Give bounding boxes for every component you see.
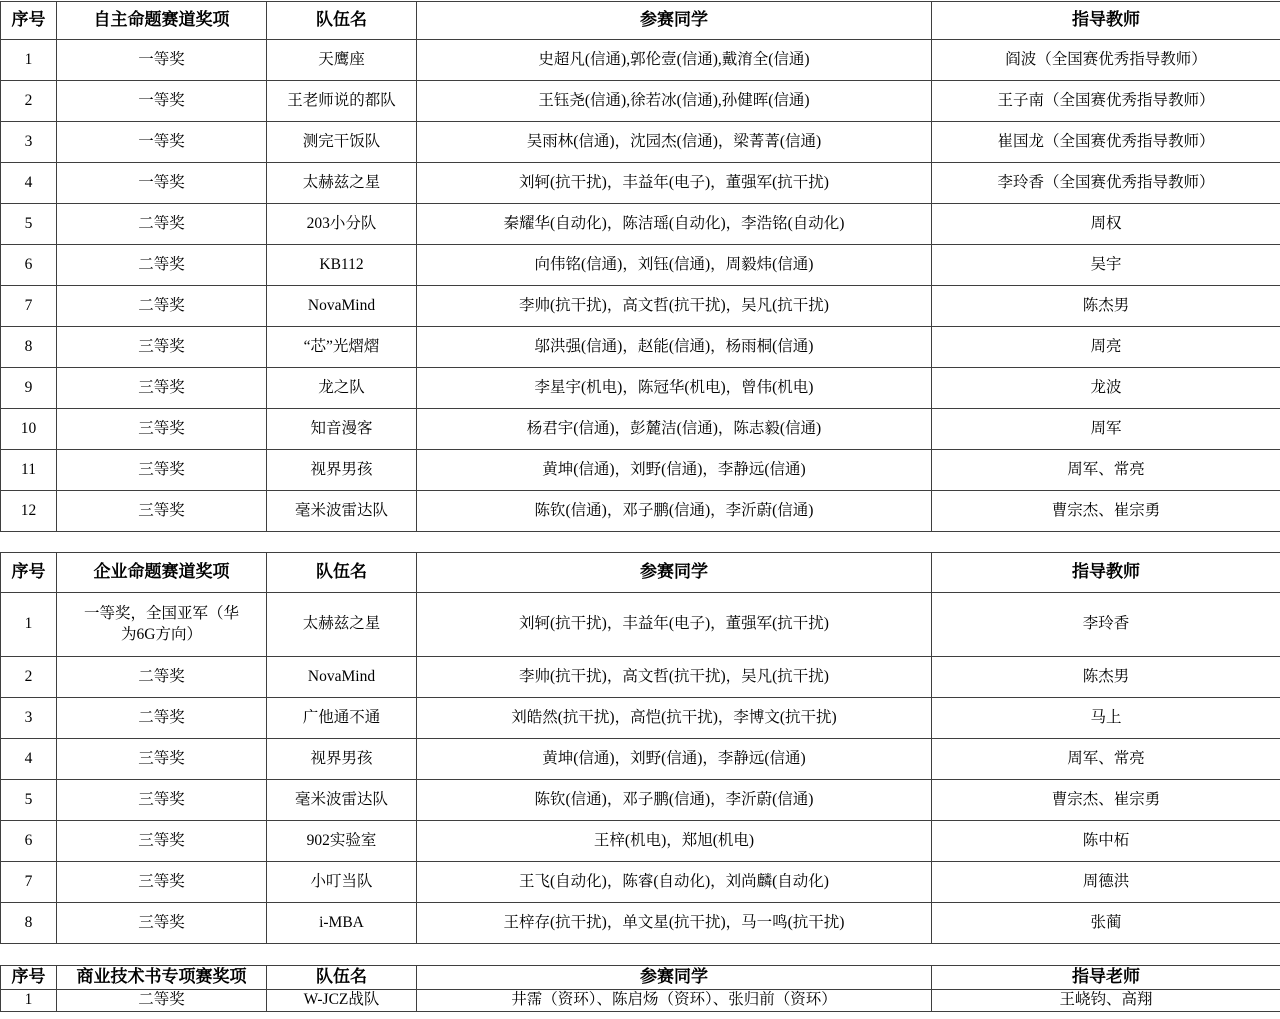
- cell-team-name: 视界男孩: [267, 739, 417, 780]
- table-row: 2二等奖NovaMind李帅(抗干扰)，高文哲(抗干扰)，吴凡(抗干扰)陈杰男: [1, 657, 1280, 698]
- cell-award: 三等奖: [57, 780, 267, 821]
- cell-participants: 黄坤(信通)，刘野(信通)，李静远(信通): [417, 450, 932, 491]
- cell-participants: 向伟铭(信通)，刘钰(信通)，周毅炜(信通): [417, 245, 932, 286]
- cell-team-name: 视界男孩: [267, 450, 417, 491]
- cell-serial-number: 10: [1, 409, 57, 450]
- cell-serial-number: 1: [1, 40, 57, 81]
- cell-team-name: 测完干饭队: [267, 122, 417, 163]
- cell-advisors: 陈中柘: [932, 821, 1280, 862]
- cell-team-name: “芯”光熠熠: [267, 327, 417, 368]
- cell-award: 一等奖: [57, 122, 267, 163]
- cell-award: 三等奖: [57, 821, 267, 862]
- cell-team-name: 广他通不通: [267, 698, 417, 739]
- cell-team-name: 龙之队: [267, 368, 417, 409]
- table-row: 8三等奖“芯”光熠熠邬洪强(信通)，赵能(信通)，杨雨桐(信通)周亮: [1, 327, 1280, 368]
- table-header-row: 序号企业命题赛道奖项队伍名参赛同学指导教师: [1, 553, 1280, 593]
- cell-serial-number: 8: [1, 327, 57, 368]
- cell-team-name: 太赫兹之星: [267, 163, 417, 204]
- cell-serial-number: 4: [1, 163, 57, 204]
- column-header-participants: 参赛同学: [417, 553, 932, 593]
- cell-award: 一等奖，全国亚军（华为6G方向）: [57, 593, 267, 657]
- cell-serial-number: 5: [1, 780, 57, 821]
- cell-advisors: 马上: [932, 698, 1280, 739]
- cell-advisors: 周亮: [932, 327, 1280, 368]
- cell-participants: 王梓(机电)，郑旭(机电): [417, 821, 932, 862]
- cell-participants: 黄坤(信通)，刘野(信通)，李静远(信通): [417, 739, 932, 780]
- cell-serial-number: 6: [1, 821, 57, 862]
- cell-award: 二等奖: [57, 990, 267, 1012]
- column-header-team-name: 队伍名: [267, 2, 417, 40]
- column-header-serial-number: 序号: [1, 553, 57, 593]
- table-body: 1一等奖天鹰座史超凡(信通),郭伦壹(信通),戴淯全(信通)阎波（全国赛优秀指导…: [1, 40, 1280, 532]
- table-row: 11三等奖视界男孩黄坤(信通)，刘野(信通)，李静远(信通)周军、常亮: [1, 450, 1280, 491]
- table-row: 9三等奖龙之队李星宇(机电)，陈冠华(机电)，曾伟(机电)龙波: [1, 368, 1280, 409]
- cell-participants: 杨君宇(信通)，彭麓洁(信通)，陈志毅(信通): [417, 409, 932, 450]
- table-row: 4三等奖视界男孩黄坤(信通)，刘野(信通)，李静远(信通)周军、常亮: [1, 739, 1280, 780]
- cell-participants: 李星宇(机电)，陈冠华(机电)，曾伟(机电): [417, 368, 932, 409]
- column-header-participants: 参赛同学: [417, 2, 932, 40]
- cell-advisors: 曹宗杰、崔宗勇: [932, 780, 1280, 821]
- column-header-participants: 参赛同学: [417, 966, 932, 990]
- cell-team-name: 毫米波雷达队: [267, 780, 417, 821]
- cell-award: 三等奖: [57, 862, 267, 903]
- cell-team-name: i-MBA: [267, 903, 417, 944]
- cell-award: 三等奖: [57, 327, 267, 368]
- column-header-advisors: 指导教师: [932, 2, 1280, 40]
- cell-advisors: 曹宗杰、崔宗勇: [932, 491, 1280, 532]
- cell-participants: 邬洪强(信通)，赵能(信通)，杨雨桐(信通): [417, 327, 932, 368]
- column-header-award: 自主命题赛道奖项: [57, 2, 267, 40]
- cell-serial-number: 8: [1, 903, 57, 944]
- cell-advisors: 阎波（全国赛优秀指导教师）: [932, 40, 1280, 81]
- cell-participants: 王飞(自动化)，陈睿(自动化)，刘尚麟(自动化): [417, 862, 932, 903]
- cell-award: 三等奖: [57, 450, 267, 491]
- cell-advisors: 周权: [932, 204, 1280, 245]
- cell-award: 三等奖: [57, 491, 267, 532]
- table-row: 7二等奖NovaMind李帅(抗干扰)，高文哲(抗干扰)，吴凡(抗干扰)陈杰男: [1, 286, 1280, 327]
- column-header-award: 商业技术书专项赛奖项: [57, 966, 267, 990]
- table-row: 5三等奖毫米波雷达队陈钦(信通)，邓子鹏(信通)，李沂蔚(信通)曹宗杰、崔宗勇: [1, 780, 1280, 821]
- column-header-serial-number: 序号: [1, 2, 57, 40]
- cell-serial-number: 1: [1, 990, 57, 1012]
- independent-track-awards-table: 序号自主命题赛道奖项队伍名参赛同学指导教师 1一等奖天鹰座史超凡(信通),郭伦壹…: [0, 1, 1280, 532]
- cell-advisors: 陈杰男: [932, 286, 1280, 327]
- column-header-advisors: 指导老师: [932, 966, 1280, 990]
- cell-serial-number: 9: [1, 368, 57, 409]
- cell-serial-number: 2: [1, 81, 57, 122]
- cell-serial-number: 3: [1, 698, 57, 739]
- cell-serial-number: 1: [1, 593, 57, 657]
- cell-participants: 陈钦(信通)，邓子鹏(信通)，李沂蔚(信通): [417, 780, 932, 821]
- cell-award: 三等奖: [57, 903, 267, 944]
- cell-team-name: 小叮当队: [267, 862, 417, 903]
- table-row: 7三等奖小叮当队王飞(自动化)，陈睿(自动化)，刘尚麟(自动化)周德洪: [1, 862, 1280, 903]
- cell-team-name: 天鹰座: [267, 40, 417, 81]
- cell-award: 三等奖: [57, 739, 267, 780]
- table-row: 3一等奖测完干饭队吴雨林(信通)，沈园杰(信通)，梁菁菁(信通)崔国龙（全国赛优…: [1, 122, 1280, 163]
- cell-serial-number: 4: [1, 739, 57, 780]
- cell-team-name: KB112: [267, 245, 417, 286]
- cell-advisors: 周德洪: [932, 862, 1280, 903]
- table-row: 8三等奖i-MBA王梓存(抗干扰)，单文星(抗干扰)，马一鸣(抗干扰)张蔺: [1, 903, 1280, 944]
- column-header-serial-number: 序号: [1, 966, 57, 990]
- cell-advisors: 龙波: [932, 368, 1280, 409]
- cell-serial-number: 5: [1, 204, 57, 245]
- cell-award: 一等奖: [57, 40, 267, 81]
- cell-participants: 王梓存(抗干扰)，单文星(抗干扰)，马一鸣(抗干扰): [417, 903, 932, 944]
- table-row: 6二等奖KB112向伟铭(信通)，刘钰(信通)，周毅炜(信通)吴宇: [1, 245, 1280, 286]
- cell-award: 三等奖: [57, 409, 267, 450]
- cell-advisors: 周军、常亮: [932, 739, 1280, 780]
- cell-advisors: 王子南（全国赛优秀指导教师）: [932, 81, 1280, 122]
- cell-award: 二等奖: [57, 245, 267, 286]
- cell-award: 三等奖: [57, 368, 267, 409]
- cell-team-name: NovaMind: [267, 286, 417, 327]
- table-row: 4一等奖太赫兹之星刘轲(抗干扰)，丰益年(电子)，董强军(抗干扰)李玲香（全国赛…: [1, 163, 1280, 204]
- table-body: 1二等奖W-JCZ战队井霈（资环）、陈启炀（资环）、张归前（资环）王峣钧、高翔: [1, 990, 1280, 1012]
- cell-advisors: 张蔺: [932, 903, 1280, 944]
- cell-serial-number: 3: [1, 122, 57, 163]
- enterprise-track-awards-table: 序号企业命题赛道奖项队伍名参赛同学指导教师 1一等奖，全国亚军（华为6G方向）太…: [0, 552, 1280, 944]
- cell-award: 一等奖: [57, 81, 267, 122]
- table-body: 1一等奖，全国亚军（华为6G方向）太赫兹之星刘轲(抗干扰)，丰益年(电子)，董强…: [1, 593, 1280, 944]
- cell-advisors: 王峣钧、高翔: [932, 990, 1280, 1012]
- cell-participants: 李帅(抗干扰)，高文哲(抗干扰)，吴凡(抗干扰): [417, 657, 932, 698]
- cell-participants: 刘轲(抗干扰)，丰益年(电子)，董强军(抗干扰): [417, 593, 932, 657]
- table-row: 12三等奖毫米波雷达队陈钦(信通)，邓子鹏(信通)，李沂蔚(信通)曹宗杰、崔宗勇: [1, 491, 1280, 532]
- table-header-row: 序号自主命题赛道奖项队伍名参赛同学指导教师: [1, 2, 1280, 40]
- cell-award: 二等奖: [57, 204, 267, 245]
- cell-award: 一等奖: [57, 163, 267, 204]
- table-row: 6三等奖902实验室王梓(机电)，郑旭(机电)陈中柘: [1, 821, 1280, 862]
- cell-participants: 陈钦(信通)，邓子鹏(信通)，李沂蔚(信通): [417, 491, 932, 532]
- table-header-row: 序号商业技术书专项赛奖项队伍名参赛同学指导老师: [1, 966, 1280, 990]
- cell-serial-number: 12: [1, 491, 57, 532]
- cell-participants: 吴雨林(信通)，沈园杰(信通)，梁菁菁(信通): [417, 122, 932, 163]
- cell-team-name: NovaMind: [267, 657, 417, 698]
- cell-advisors: 崔国龙（全国赛优秀指导教师）: [932, 122, 1280, 163]
- cell-advisors: 李玲香（全国赛优秀指导教师）: [932, 163, 1280, 204]
- table-row: 1一等奖天鹰座史超凡(信通),郭伦壹(信通),戴淯全(信通)阎波（全国赛优秀指导…: [1, 40, 1280, 81]
- cell-award: 二等奖: [57, 286, 267, 327]
- column-header-advisors: 指导教师: [932, 553, 1280, 593]
- cell-participants: 王钰尧(信通),徐若冰(信通),孙健晖(信通): [417, 81, 932, 122]
- column-header-team-name: 队伍名: [267, 553, 417, 593]
- column-header-team-name: 队伍名: [267, 966, 417, 990]
- cell-team-name: 203小分队: [267, 204, 417, 245]
- table-row: 5二等奖203小分队秦耀华(自动化)，陈洁瑶(自动化)，李浩铭(自动化)周权: [1, 204, 1280, 245]
- cell-participants: 李帅(抗干扰)，高文哲(抗干扰)，吴凡(抗干扰): [417, 286, 932, 327]
- awards-document: 序号自主命题赛道奖项队伍名参赛同学指导教师 1一等奖天鹰座史超凡(信通),郭伦壹…: [0, 0, 1280, 1019]
- business-tech-book-special-awards-table: 序号商业技术书专项赛奖项队伍名参赛同学指导老师 1二等奖W-JCZ战队井霈（资环…: [0, 965, 1280, 1012]
- cell-award: 二等奖: [57, 698, 267, 739]
- cell-team-name: W-JCZ战队: [267, 990, 417, 1012]
- cell-advisors: 周军: [932, 409, 1280, 450]
- table-row: 1二等奖W-JCZ战队井霈（资环）、陈启炀（资环）、张归前（资环）王峣钧、高翔: [1, 990, 1280, 1012]
- cell-team-name: 知音漫客: [267, 409, 417, 450]
- cell-team-name: 902实验室: [267, 821, 417, 862]
- cell-serial-number: 11: [1, 450, 57, 491]
- cell-advisors: 陈杰男: [932, 657, 1280, 698]
- cell-serial-number: 6: [1, 245, 57, 286]
- cell-participants: 井霈（资环）、陈启炀（资环）、张归前（资环）: [417, 990, 932, 1012]
- column-header-award: 企业命题赛道奖项: [57, 553, 267, 593]
- cell-serial-number: 2: [1, 657, 57, 698]
- cell-advisors: 吴宇: [932, 245, 1280, 286]
- cell-team-name: 王老师说的都队: [267, 81, 417, 122]
- cell-team-name: 毫米波雷达队: [267, 491, 417, 532]
- cell-award: 二等奖: [57, 657, 267, 698]
- cell-participants: 刘轲(抗干扰)，丰益年(电子)，董强军(抗干扰): [417, 163, 932, 204]
- table-row: 3二等奖广他通不通刘皓然(抗干扰)，高恺(抗干扰)，李博文(抗干扰)马上: [1, 698, 1280, 739]
- table-row: 2一等奖王老师说的都队王钰尧(信通),徐若冰(信通),孙健晖(信通)王子南（全国…: [1, 81, 1280, 122]
- cell-team-name: 太赫兹之星: [267, 593, 417, 657]
- cell-participants: 秦耀华(自动化)，陈洁瑶(自动化)，李浩铭(自动化): [417, 204, 932, 245]
- table-row: 10三等奖知音漫客杨君宇(信通)，彭麓洁(信通)，陈志毅(信通)周军: [1, 409, 1280, 450]
- cell-serial-number: 7: [1, 286, 57, 327]
- table-row: 1一等奖，全国亚军（华为6G方向）太赫兹之星刘轲(抗干扰)，丰益年(电子)，董强…: [1, 593, 1280, 657]
- cell-participants: 史超凡(信通),郭伦壹(信通),戴淯全(信通): [417, 40, 932, 81]
- cell-advisors: 周军、常亮: [932, 450, 1280, 491]
- cell-participants: 刘皓然(抗干扰)，高恺(抗干扰)，李博文(抗干扰): [417, 698, 932, 739]
- cell-advisors: 李玲香: [932, 593, 1280, 657]
- cell-serial-number: 7: [1, 862, 57, 903]
